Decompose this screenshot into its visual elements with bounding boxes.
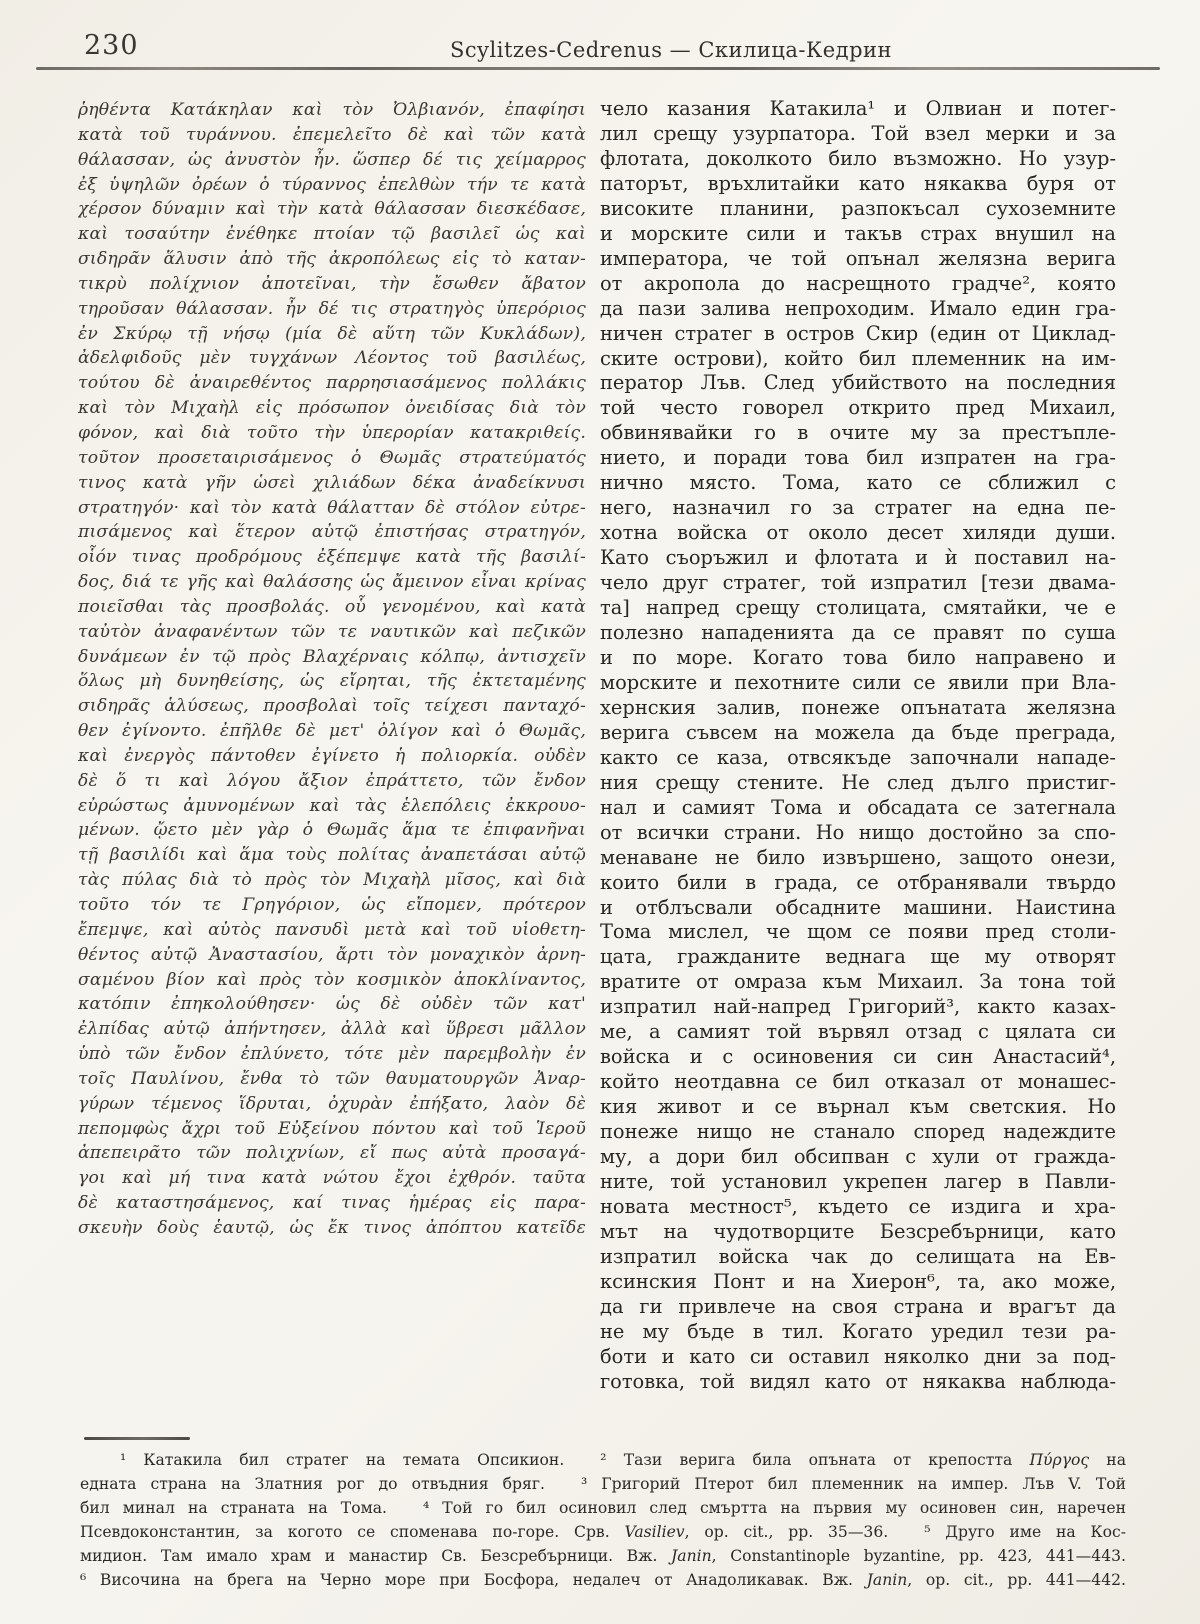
text-line: и по море. Когато това било направено и [600, 646, 1116, 671]
text-segment: ³ Григорий Птерот бил племенник на импер… [581, 1475, 1126, 1493]
text-line: σιδηρᾶς ἁλύσεως, προσβολαὶ τοῖς τείχεσι … [78, 694, 586, 719]
text-line: едната страна на Златния рог до отвъдния… [80, 1472, 1126, 1496]
text-line: μένων. ᾤετο μὲν γὰρ ὁ Θωμᾶς ἅμα τε ἐπιφα… [78, 818, 586, 843]
text-line: δυνάμεων ἐν τῷ πρὸς Βλαχέρναις κόλπῳ, ἀν… [78, 645, 586, 670]
text-line: ἐν Σκύρῳ τῇ νήσῳ (μία δὲ αὕτη τῶν Κυκλάδ… [78, 322, 586, 347]
text-line: ἀπεπειρᾶτο τῶν πολιχνίων, εἴ πως αὐτὰ πρ… [78, 1141, 586, 1166]
text-line: цата, гражданите веднага ще му отворят [600, 945, 1116, 970]
page-number: 230 [84, 30, 139, 61]
text-line: и отблъсвали обсадните машини. Наистина [600, 896, 1116, 921]
text-line: морските и пехотните сили се явили при В… [600, 671, 1116, 696]
text-line: ταὐτὸν ἀναφανέντων τῶν τε ναυτικῶν καὶ π… [78, 620, 586, 645]
text-line: ¹ Катакила бил стратег на темата Опсикио… [80, 1448, 1126, 1472]
text-segment: едната страна на Златния рог до отвъдния… [80, 1475, 545, 1493]
text-line: θάλασσαν, ὡς ἀνυστὸν ἦν. ὥσπερ δέ τις χε… [78, 148, 586, 173]
text-line: ме, а самият той вървял отзад с цялата с… [600, 1020, 1116, 1045]
text-line: та] напред срещу столицата, смятайки, че… [600, 596, 1116, 621]
text-line: τηροῦσαν θάλασσαν. ἦν δέ τις στρατηγὸς ὑ… [78, 297, 586, 322]
text-line: σκευὴν δοὺς ἑαυτῷ, ὡς ἔκ τινος ἀπόπτου κ… [78, 1216, 586, 1241]
footnotes-block: ¹ Катакила бил стратег на темата Опсикио… [80, 1448, 1126, 1598]
text-line: ὑπὸ τῶν ἔνδον ἐπλύνετο, τότε μὲν παρεμβο… [78, 1042, 586, 1067]
text-line: хернския залив, понеже опънатата желязна [600, 696, 1116, 721]
running-title: Scylitzes-Cedrenus — Скилица-Кедрин [450, 38, 892, 62]
text-line: не му бъде в тил. Когато уредил тези ра- [600, 1320, 1116, 1345]
text-line: ἐξ ὑψηλῶν ὀρέων ὁ τύραννος ἐπελθὼν τήν τ… [78, 173, 586, 198]
text-segment: , Constantinople byzantine, pp. 423, 441… [712, 1547, 1126, 1565]
text-line: войска и с осиновения си син Анастасий⁴, [600, 1045, 1116, 1070]
text-line: σαμένου βίον καὶ πρὸς τὸν κοσμικὸν ἀποκλ… [78, 968, 586, 993]
text-line: τῇ βασιλίδι καὶ ἅμα τοὺς πολίτας ἀναπετά… [78, 843, 586, 868]
text-line: изпратил войска чак до селищата на Ев- [600, 1245, 1116, 1270]
text-line: който неотдавна се бил отказал от монаше… [600, 1070, 1116, 1095]
text-line: κατὰ τοῦ τυράννου. ἐπεμελεῖτο δὲ καὶ τῶν… [78, 123, 586, 148]
text-line: φόνον, καὶ διὰ τοῦτο τὴν ὑπερορίαν κατακ… [78, 421, 586, 446]
text-line: θεν ἐγίνοντο. ἐπῆλθε δὲ μετ' ὀλίγον καὶ … [78, 719, 586, 744]
text-line: верига съвсем на можела да бъде преграда… [600, 721, 1116, 746]
text-line: τοῦτο τόν τε Γρηγόριον, ὡς εἴπομεν, πρότ… [78, 893, 586, 918]
text-line: τικρὺ πολίχνιον ἀποτεῖναι, τὴν ἔσωθεν ἄβ… [78, 272, 586, 297]
text-line: Псевдоконстантин, за когото се споменава… [80, 1520, 1126, 1544]
text-line: γοι καὶ μή τινα κατὰ νώτου ἔχοι ἐχθρόν. … [78, 1166, 586, 1191]
text-line: лил срещу узурпатора. Той взел мерки и з… [600, 122, 1116, 147]
text-segment: Janin [671, 1547, 712, 1565]
text-segment: ⁶ Височина на брега на Черно море при Бо… [80, 1571, 867, 1589]
text-segment: Πύργος [1029, 1451, 1089, 1469]
text-line: ποιεῖσθαι τὰς προσβολάς. οὗ γενομένου, κ… [78, 595, 586, 620]
text-line: да пази залива непроходим. Имало един гр… [600, 297, 1116, 322]
text-line: τοῦτον προσεταιρισάμενος ὁ Θωμᾶς στρατεύ… [78, 446, 586, 471]
text-segment: Псевдоконстантин, за когото се споменава… [80, 1523, 624, 1541]
text-line: ἐλπίδας αὐτῷ ἀπήντησεν, ἀλλὰ καὶ ὕβρεσι … [78, 1017, 586, 1042]
text-line: от акропола до насрещното градче², която [600, 272, 1116, 297]
text-line: καὶ ἐνεργὸς πάντοθεν ἐγίνετο ἡ πολιορκία… [78, 744, 586, 769]
text-line: ксинския Понт и на Хиерон⁶, та, ако може… [600, 1270, 1116, 1295]
text-line: флотата, доколкото било възможно. Но узу… [600, 147, 1116, 172]
text-line: чело друг стратег, той изпратил [тези дв… [600, 571, 1116, 596]
text-segment: , op. cit., pp. 35—36. [685, 1523, 889, 1541]
text-segment: ⁴ Той го бил осиновил след смъртта на пъ… [423, 1499, 1126, 1517]
text-line: чело казания Катакила¹ и Олвиан и потег- [600, 97, 1116, 122]
text-line: τὰς πύλας διὰ τὸ πρὸς τὸν Μιχαὴλ μῖσος, … [78, 868, 586, 893]
text-line: и морските сили и такъв страх внушил на [600, 222, 1116, 247]
text-line: него, назначил го за стратег на една пе- [600, 496, 1116, 521]
text-line: ските острови), който бил племенник на и… [600, 347, 1116, 372]
text-line: ничен стратег в остров Скир (един от Цик… [600, 322, 1116, 347]
text-line: θέντος αὐτῷ Ἀναστασίου, ἄρτι τὸν μοναχικ… [78, 943, 586, 968]
greek-source-column: ῥηθέντα Κατάκηλαν καὶ τὸν Ὀλβιανόν, ἐπαφ… [78, 98, 586, 1248]
bulgarian-translation-column: чело казания Катакила¹ и Олвиан и потег-… [600, 97, 1116, 1399]
text-line: ⁶ Височина на брега на Черно море при Бо… [80, 1568, 1126, 1592]
text-line: от всички страни. Но нищо достойно за сп… [600, 821, 1116, 846]
text-line: му, а дори бил обсипван с хули от гражда… [600, 1145, 1116, 1170]
text-line: δὲ καταστησάμενος, καί τινας ἡμέρας εἰς … [78, 1191, 586, 1216]
text-line: στρατηγόν· καὶ τὸν κατὰ θάλατταν δὲ στόλ… [78, 496, 586, 521]
text-line: κατόπιν ἐπηκολούθησεν· ὡς δὲ οὐδὲν τῶν κ… [78, 992, 586, 1017]
text-line: полезно нападенията да се правят по суша [600, 621, 1116, 646]
text-line: ния срещу стените. Не след дълго пристиг… [600, 771, 1116, 796]
text-line: τούτου δὲ ἀναιρεθέντος παρρησιασάμενος π… [78, 371, 586, 396]
text-segment: Janin [867, 1571, 908, 1589]
scanned-book-page: 230 Scylitzes-Cedrenus — Скилица-Кедрин … [0, 0, 1200, 1624]
text-line: които били в града, се отбранявали твърд… [600, 871, 1116, 896]
text-line: нично място. Тома, като се сближил с [600, 471, 1116, 496]
text-line: Тома мислел, че щом се появи пред столи- [600, 920, 1116, 945]
text-line: нал и самият Тома и обсадата се затегнал… [600, 796, 1116, 821]
text-line: понеже нищо не станало според надеждите [600, 1120, 1116, 1145]
text-line: императора, че той опънал желязна верига [600, 247, 1116, 272]
text-line: менаване не било извършено, защото онези… [600, 846, 1116, 871]
text-line: той често говорел открито пред Михаил, [600, 396, 1116, 421]
text-line: изпратил най-напред Григорий³, както каз… [600, 995, 1116, 1020]
text-line: τοῖς Παυλίνου, ἔνθα τὸ τῶν θαυματουργῶν … [78, 1067, 586, 1092]
text-line: ὅλως μὴ δυνηθείσης, ὡς εἴρηται, τῆς ἐκτε… [78, 669, 586, 694]
text-segment: , op. cit., pp. 441—442. [907, 1571, 1126, 1589]
text-line: χέρσον δύναμιν καὶ τὴν κατὰ θάλασσαν διε… [78, 197, 586, 222]
header-rule [36, 67, 1160, 70]
text-line: γύρων τέμενος ἵδρυται, ὀχυρὰν ἐπήξατο, λ… [78, 1092, 586, 1117]
text-segment: мидион. Там имало храм и манастир Св. Бе… [80, 1547, 671, 1565]
text-line: δος, διά τε γῆς καὶ θαλάσσης ὡς ἄμεινον … [78, 570, 586, 595]
text-segment: ⁵ Друго име на Кос- [924, 1523, 1126, 1541]
text-line: високите планини, разпокъсал сухоземните [600, 197, 1116, 222]
text-line: бил минал на страната на Тома.⁴ Той го б… [80, 1496, 1126, 1520]
text-line: εὐρώστως ἀμυνομένων καὶ τὰς ἑλεπόλεις ἐκ… [78, 794, 586, 819]
text-line: ператор Лъв. След убийството на последни… [600, 371, 1116, 396]
text-segment: Vasiliev [624, 1523, 684, 1541]
text-line: обвинявайки го в очите му за престъпле- [600, 421, 1116, 446]
text-line: както се каза, отвсякъде започнали напад… [600, 746, 1116, 771]
text-line: новата местност⁵, където се издига и хра… [600, 1195, 1116, 1220]
text-line: ῥηθέντα Κατάκηλαν καὶ τὸν Ὀλβιανόν, ἐπαφ… [78, 98, 586, 123]
text-line: мидион. Там имало храм и манастир Св. Бе… [80, 1544, 1126, 1568]
text-line: мът на чудотворците Безсребърници, като [600, 1220, 1116, 1245]
text-line: οἷόν τινας προδρόμους ἐξέπεμψε κατὰ τῆς … [78, 545, 586, 570]
text-line: τινος κατὰ γῆν ὡσεὶ χιλιάδων δέκα ἀναδεί… [78, 471, 586, 496]
text-line: ните, той установил укрепен лагер в Павл… [600, 1170, 1116, 1195]
text-line: нието, и поради това бил изпратен на гра… [600, 446, 1116, 471]
text-line: Като съоръжил и флотата и ѝ поставил на- [600, 546, 1116, 571]
text-line: ἔπεμψε, καὶ αὐτὸς πανσυδὶ μετὰ καὶ τοῦ υ… [78, 918, 586, 943]
text-line: πισάμενος καὶ ἕτερον αὐτῷ ἐπιστήσας στρα… [78, 520, 586, 545]
text-line: πεπομφὼς ἄχρι τοῦ Εὐξείνου πόντου καὶ το… [78, 1117, 586, 1142]
text-line: ἀδελφιδοῦς μὲν τυγχάνων Λέοντος τοῦ βασι… [78, 346, 586, 371]
text-line: καὶ τὸν Μιχαὴλ εἰς πρόσωπον ὀνειδίσας δι… [78, 396, 586, 421]
footnote-separator-rule [84, 1437, 190, 1440]
text-line: δὲ ὅ τι καὶ λόγου ἄξιον ἐπράττετο, τῶν ἔ… [78, 769, 586, 794]
text-segment: ² Тази верига била опъната от крепостта [600, 1451, 1029, 1469]
text-line: да ги привлече на своя страна и врагът д… [600, 1295, 1116, 1320]
text-segment: ¹ Катакила бил стратег на темата Опсикио… [120, 1451, 564, 1469]
text-line: готовка, той видял като от някаква наблю… [600, 1370, 1116, 1395]
text-segment: бил минал на страната на Тома. [80, 1499, 387, 1517]
text-line: хотна войска от около десет хиляди души. [600, 521, 1116, 546]
text-line: вратите от омраза към Михаил. За тона то… [600, 970, 1116, 995]
text-line: кия живот и се върнал към светския. Но [600, 1095, 1116, 1120]
text-segment: на [1089, 1451, 1126, 1469]
text-line: καὶ τοσαύτην ἐνέθηκε πτοίαν τῷ βασιλεῖ ὡ… [78, 222, 586, 247]
text-line: σιδηρᾶν ἅλυσιν ἀπὸ τῆς ἀκροπόλεως εἰς τὸ… [78, 247, 586, 272]
text-line: паторът, връхлитайки като някаква буря о… [600, 172, 1116, 197]
text-line: боти и като си оставил няколко дни за по… [600, 1345, 1116, 1370]
